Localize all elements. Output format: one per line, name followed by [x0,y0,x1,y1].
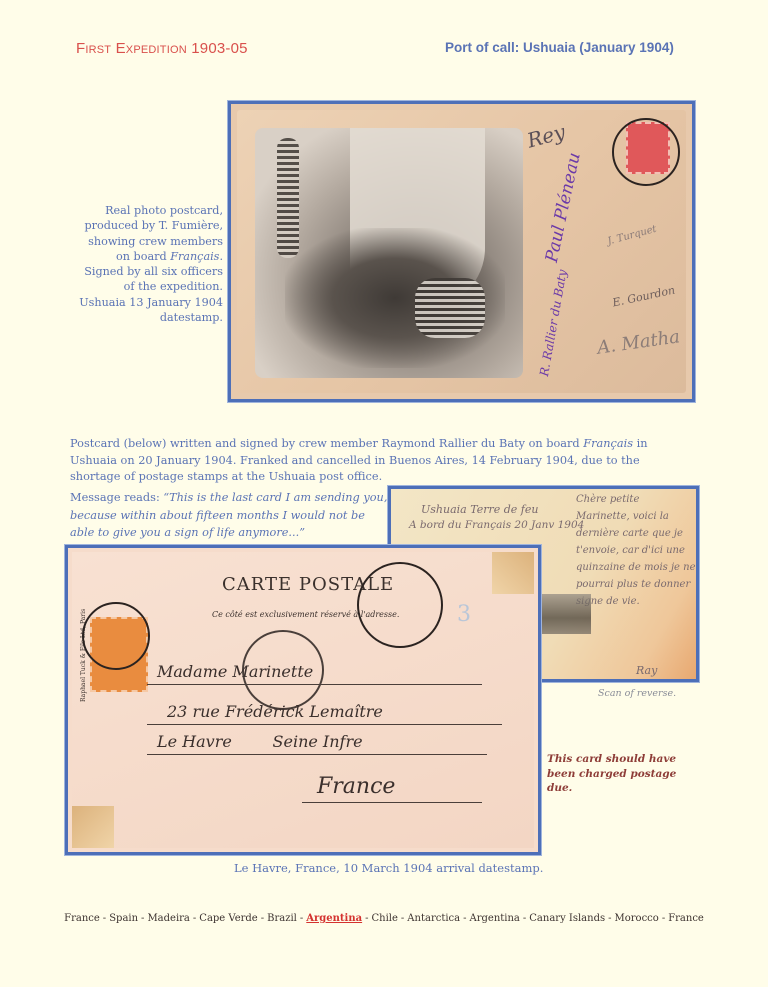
route-stop: Brazil [267,913,297,924]
route-stop: Chile [372,913,398,924]
section-title: First Expedition 1903-05 [76,40,248,57]
reverse-handwriting: A bord du Français 20 Janv 1904 [409,519,584,531]
caption-line: Signed by all six officers [60,264,223,279]
postage-due-note: This card should have been charged posta… [547,752,687,796]
route-stop: Cape Verde [199,913,257,924]
address-rule [147,724,502,725]
route-stop: Antarctica [407,913,460,924]
message-label: Message reads: [70,491,163,504]
route-separator: - [662,913,665,924]
ushuaia-postmark-icon [357,562,443,648]
address-line: France [317,774,395,799]
route-separator: - [193,913,196,924]
route-separator: - [141,913,144,924]
photo-postcard-image: Rey Paul Pléneau J. Turquet E. Gourdon A… [228,101,695,402]
message-translation: Message reads: “This is the last card I … [70,489,390,542]
route-separator: - [300,913,303,924]
pencil-mark: 3 [457,602,471,627]
route-stop[interactable]: Argentina [306,913,362,924]
route-separator: - [401,913,404,924]
postcard-description: Postcard (below) written and signed by c… [70,436,690,486]
signature: J. Turquet [606,224,657,248]
signature: Rey [525,119,568,152]
caption-line: Ushuaia 13 January 1904 [60,295,223,310]
route-separator: - [365,913,368,924]
photo-corner-mount [492,552,534,594]
caption-line: datestamp. [60,310,223,325]
reverse-message: Chère petite Marinette, voici la dernièr… [576,491,696,610]
arrival-caption: Le Havre, France, 10 March 1904 arrival … [234,861,543,875]
route-navigation: France-Spain-Madeira-Cape Verde-Brazil-A… [0,913,768,924]
address-line: Le Havre Seine Infre [157,732,363,751]
signature: Paul Pléneau [542,151,585,264]
route-stop: France [64,913,100,924]
crew-photo [255,128,523,378]
address-rule [147,684,482,685]
reverse-scan-caption: Scan of reverse. [598,688,676,699]
address-line: 23 rue Frédérick Lemaître [167,702,383,721]
caption-line: Real photo postcard, [60,203,223,218]
postcard-surface: Rey Paul Pléneau J. Turquet E. Gourdon A… [237,110,686,393]
photo-corner-mount [72,806,114,848]
caption-line: of the expedition. [60,279,223,294]
route-separator: - [261,913,264,924]
description-text: Postcard (below) written and signed by c… [70,437,583,450]
route-stop: Spain [109,913,138,924]
reverse-handwriting: Ushuaia Terre de feu [421,503,538,516]
page-title: Port of call: Ushuaia (January 1904) [445,40,674,55]
route-separator: - [523,913,526,924]
address-line: Madame Marinette [157,662,313,681]
reverse-signature: Ray [636,664,657,677]
address-postcard-image: CARTE POSTALE Ce côté est exclusivement … [65,545,541,855]
ship-name: Français [170,250,219,263]
route-separator: - [103,913,106,924]
signature: E. Gourdon [611,284,676,310]
ushuaia-postmark-icon [612,118,680,186]
caption-line: on board Français. [60,249,223,264]
ship-name: Français [583,437,633,450]
route-stop: Argentina [470,913,520,924]
route-stop: France [668,913,704,924]
photo-card-caption: Real photo postcard, produced by T. Fumi… [60,203,223,325]
signature: R. Rallier du Baty [537,269,570,378]
route-stop: Canary Islands [529,913,605,924]
buenos-aires-postmark-icon [82,602,150,670]
route-separator: - [463,913,466,924]
postcard-surface: CARTE POSTALE Ce côté est exclusivement … [72,552,534,848]
address-rule [147,754,487,755]
route-separator: - [608,913,611,924]
route-stop: Madeira [147,913,189,924]
signature: A. Matha [596,326,681,358]
route-stop: Morocco [615,913,659,924]
caption-line: showing crew members [60,234,223,249]
photo-striped-shirt [415,278,485,338]
address-rule [302,802,482,803]
caption-line: produced by T. Fumière, [60,218,223,233]
